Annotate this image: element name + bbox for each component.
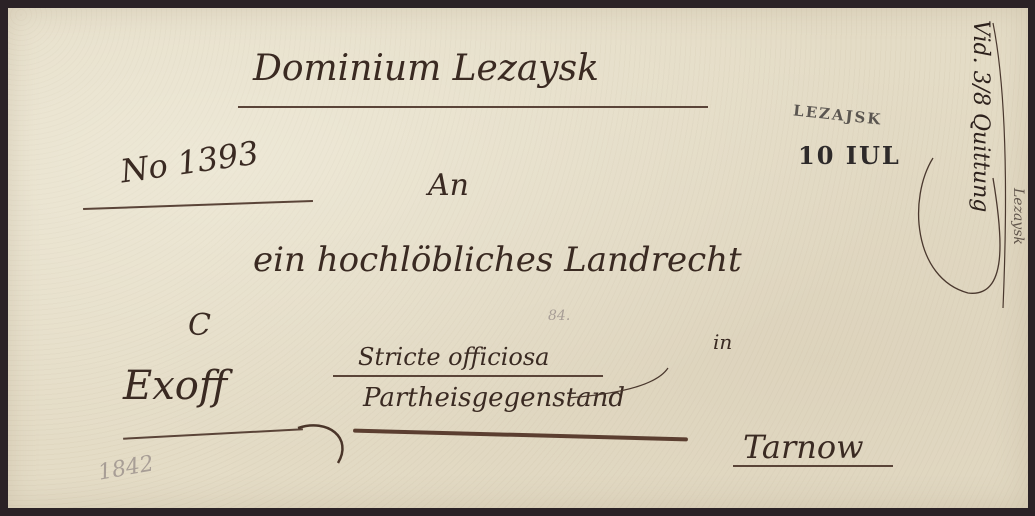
envelope: Dominium Lezaysk No 1393 An ein hochlöbl…	[8, 8, 1028, 508]
ink-flourishes	[8, 8, 1028, 508]
